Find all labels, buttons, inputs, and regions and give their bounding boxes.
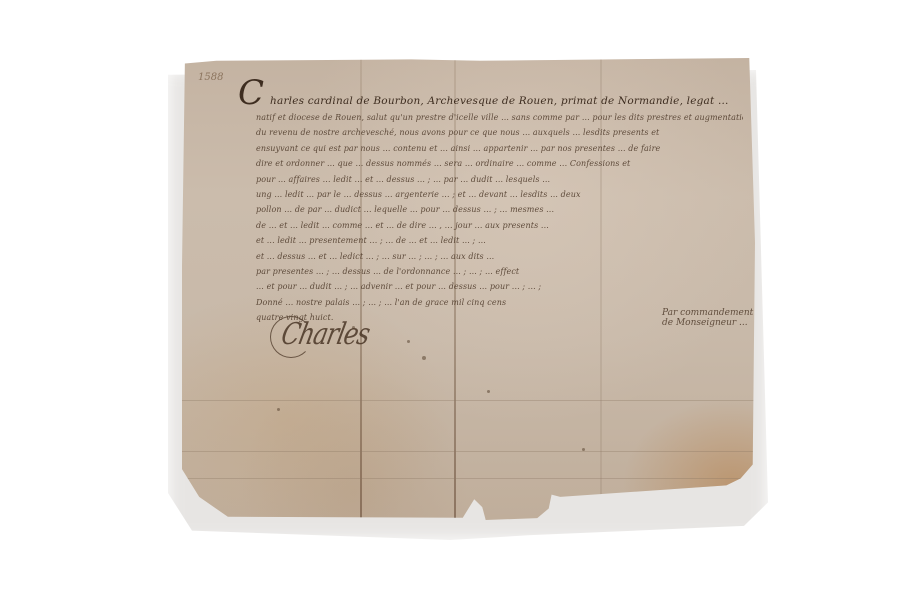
decorated-initial: C xyxy=(238,76,264,110)
fold-line xyxy=(182,451,755,452)
text-line: pour ... affaires ... ledit ... et ... d… xyxy=(238,172,743,187)
ink-spot xyxy=(422,356,426,360)
ink-spot xyxy=(277,408,280,411)
text-line: dire et ordonner ... que ... dessus nomm… xyxy=(238,156,743,171)
secretary-countersign: Par commandement de Monseigneur ... xyxy=(662,308,755,328)
folio-number: 1588 xyxy=(198,72,223,83)
fold-line xyxy=(182,478,755,479)
photo-stage: 1588 C harles cardinal de Bourbon, Arche… xyxy=(0,0,900,599)
parchment-sheet: 1588 C harles cardinal de Bourbon, Arche… xyxy=(182,58,755,520)
text-line: ensuyvant ce qui est par nous ... conten… xyxy=(238,141,743,156)
text-line: et ... dessus ... et ... ledict ... ; ..… xyxy=(238,249,743,264)
ink-spot xyxy=(407,340,410,343)
ink-spot xyxy=(487,390,490,393)
signature: Charles xyxy=(278,317,372,352)
ink-spot xyxy=(582,448,585,451)
text-line: par presentes ... ; ... dessus ... de l'… xyxy=(238,264,743,279)
text-line: pollon ... de par ... dudict ... lequell… xyxy=(238,202,743,217)
opening-line: C harles cardinal de Bourbon, Archevesqu… xyxy=(238,76,743,110)
text-line: et ... ledit ... presentement ... ; ... … xyxy=(238,233,743,248)
letter-body: C harles cardinal de Bourbon, Archevesqu… xyxy=(238,76,743,326)
opening-text: harles cardinal de Bourbon, Archevesque … xyxy=(270,95,729,107)
text-line: ... et pour ... dudit ... ; ... advenir … xyxy=(238,279,743,294)
text-line: du revenu de nostre archevesché, nous av… xyxy=(238,125,743,140)
text-line: natif et diocese de Rouen, salut qu'un p… xyxy=(238,110,743,125)
text-line: de ... et ... ledit ... comme ... et ...… xyxy=(238,218,743,233)
text-line: ung ... ledit ... par le ... dessus ... … xyxy=(238,187,743,202)
fold-line xyxy=(182,400,755,401)
